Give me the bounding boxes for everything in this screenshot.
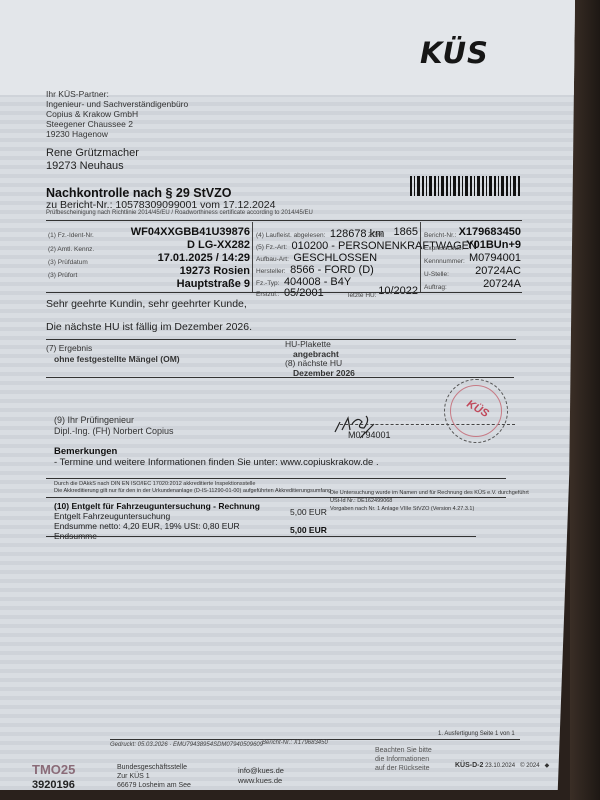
accreditation-text: Durch die DAkkS nach DIN EN ISO/IEC 1702… xyxy=(54,481,331,494)
divider xyxy=(46,339,516,340)
diamond-icon: ◆ xyxy=(545,763,550,769)
engineer-section: (9) Ihr Prüfingenieur Dipl.-Ing. (FH) No… xyxy=(54,415,174,437)
document-number: 3920196 xyxy=(32,779,75,791)
website-link: www.kues.de xyxy=(238,776,284,786)
document-paper: KÜS Ihr KÜS-Partner: Ingenieur- und Sach… xyxy=(0,0,575,790)
contact-info: info@kues.de www.kues.de xyxy=(238,766,284,786)
result-value: ohne festgestellte Mängel (OM) xyxy=(46,354,180,365)
invoice-section: (10) Entgelt für Fahrzeuguntersuchung - … xyxy=(54,501,260,541)
tmo-code: TMO25 xyxy=(32,762,75,777)
recipient-address: Rene Grützmacher 19273 Neuhaus xyxy=(46,147,139,173)
hu-plakette-section: HU-Plakette angebracht (8) nächste HU De… xyxy=(285,340,355,378)
remarks-text: - Termine und weitere Informationen find… xyxy=(54,457,379,468)
divider xyxy=(420,222,421,292)
remarks-section: Bemerkungen - Termine und weitere Inform… xyxy=(54,446,379,468)
engineer-kennnummer: M0794001 xyxy=(348,430,391,440)
back-side-note: Beachten Sie bitte die Informationen auf… xyxy=(375,746,432,773)
vehicle-data-grid: (1) Fz.-Ident-Nr. WF04XXGBB41U39876 (2) … xyxy=(46,222,521,292)
result-section: (7) Ergebnis ohne festgestellte Mängel (… xyxy=(46,343,180,365)
kues-logo: KÜS xyxy=(420,36,489,70)
divider xyxy=(46,377,514,378)
document-title: Nachkontrolle nach § 29 StVZO xyxy=(46,186,231,200)
invoice-notes: Die Untersuchung wurde im Namen und für … xyxy=(330,489,529,513)
background-table xyxy=(570,0,600,800)
page-indicator: 1. Ausfertigung Seite 1 von 1 xyxy=(438,731,515,737)
footer-bericht: Bericht-Nr.: X179683450 xyxy=(262,740,328,746)
divider xyxy=(46,220,522,221)
inspection-street: Hauptstraße 9 xyxy=(177,278,250,290)
divider xyxy=(46,536,476,537)
greeting: Sehr geehrte Kundin, sehr geehrter Kunde… xyxy=(46,298,247,310)
last-hu-value: 10/2022 xyxy=(378,285,418,297)
invoice-total-amount: 5,00 EUR xyxy=(290,525,327,535)
certificate-line: Prüfbescheinigung nach Richtlinie 2014/4… xyxy=(46,210,313,216)
divider xyxy=(46,292,522,293)
head-office-address: Bundesgeschäftsstelle Zur KÜS 1 66679 Lo… xyxy=(117,763,191,790)
printed-line: Gedruckt: 05.03.2026 · EMU79438954SDM079… xyxy=(110,742,263,748)
partner-address: Ihr KÜS-Partner: Ingenieur- und Sachvers… xyxy=(46,89,188,139)
due-notice: Die nächste HU ist fällig im Dezember 20… xyxy=(46,321,252,333)
email-link: info@kues.de xyxy=(238,766,284,776)
engineer-name: Dipl.-Ing. (FH) Norbert Copius xyxy=(54,426,174,437)
invoice-item-amount: 5,00 EUR xyxy=(290,507,327,517)
divider xyxy=(252,222,253,292)
barcode xyxy=(410,176,520,196)
divider xyxy=(46,478,506,479)
form-code: KÜS-D-2 23.10.2024 © 2024 ◆ xyxy=(455,762,549,769)
